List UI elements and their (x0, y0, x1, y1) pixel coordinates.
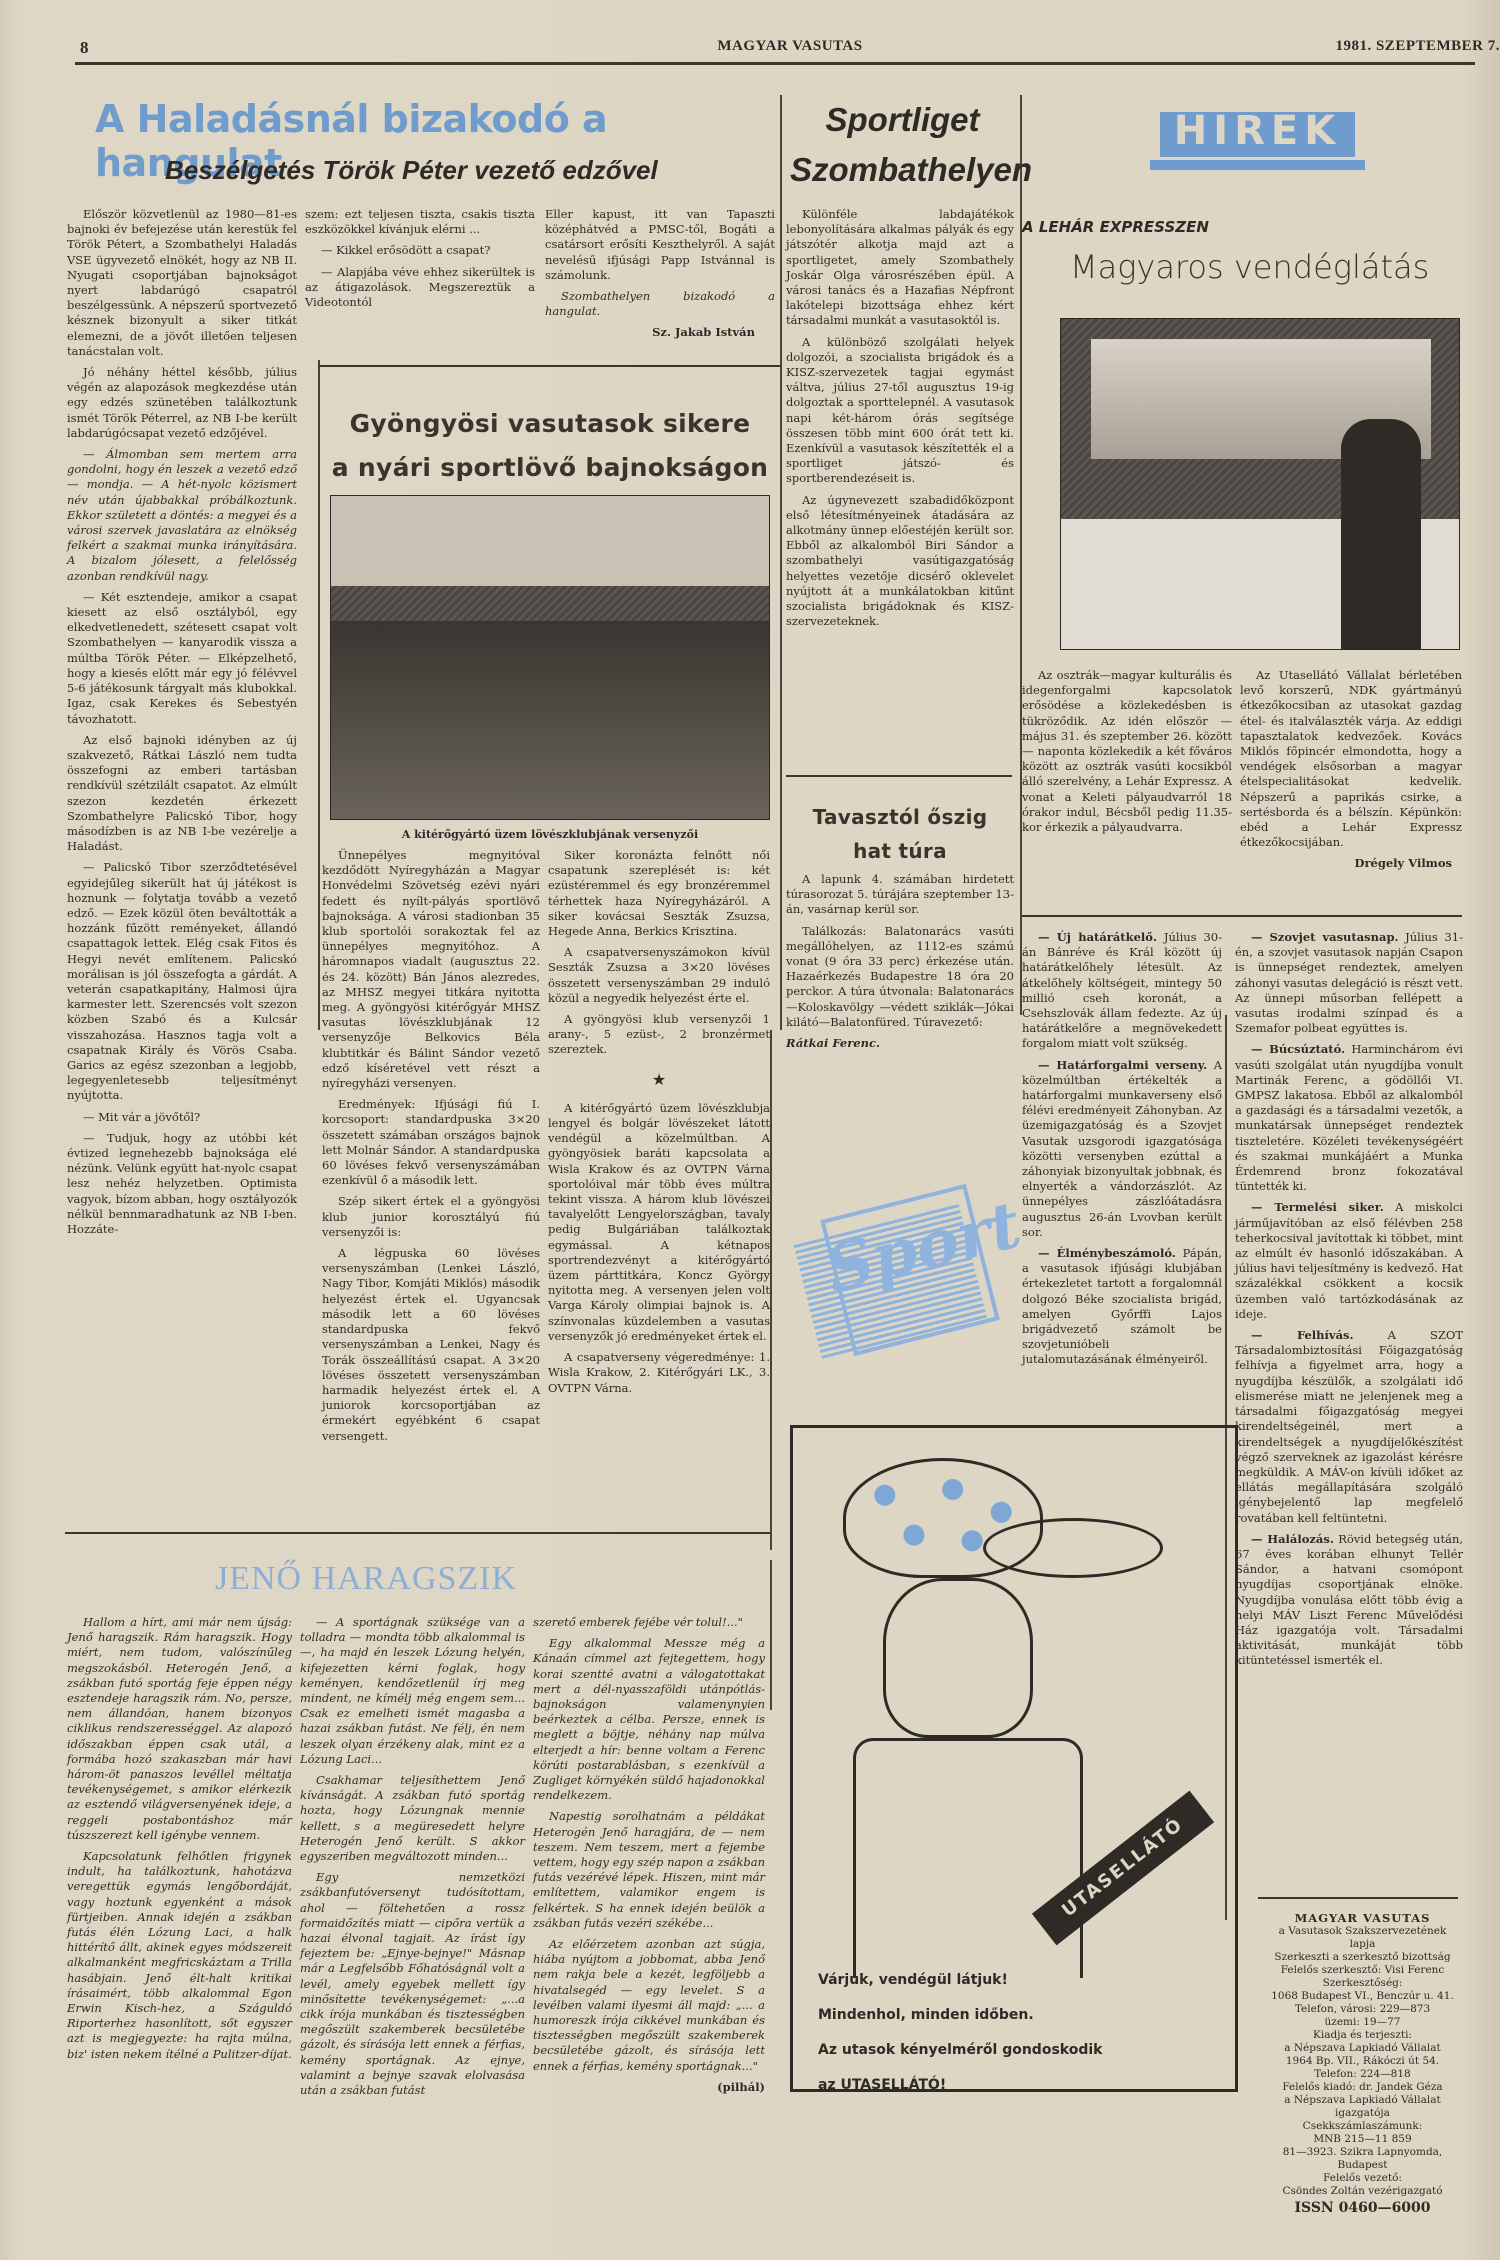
paragraph: Napestig sorolhatnám a példákat Heterogé… (533, 1809, 765, 1931)
imprint-line: Felelős vezető: (1225, 2172, 1500, 2185)
news-item: — Élménybeszámoló. Pápán, a vasutasok if… (1022, 1246, 1222, 1368)
paragraph: — Álmomban sem mertem arra gondolni, hog… (67, 447, 297, 584)
publication-title: MAGYAR VASUTAS (80, 38, 1500, 55)
paragraph: Az úgynevezett szabadidőközpont első lét… (786, 493, 1014, 630)
news-list-left: — Új határátkelő. Július 30-án Bánréve é… (1022, 930, 1222, 1374)
paragraph: Hallom a hírt, ami már nem újság: Jenő h… (67, 1615, 292, 1843)
article-column: Hallom a hírt, ami már nem újság: Jenő h… (67, 1615, 292, 2068)
shooting-team-photo (330, 495, 770, 820)
news-item: — Határforgalmi verseny. A közelmúltban … (1022, 1058, 1222, 1240)
hirek-logo: HÍREK (1150, 100, 1365, 170)
headline-line: Gyöngyösi vasutasok sikere (330, 402, 770, 446)
article-subheadline: Beszélgetés Török Péter vezető edzővel (165, 155, 765, 186)
ad-line: az UTASELLÁTÓ! (818, 2068, 1102, 2103)
paragraph: Szép sikert értek el a gyöngyösi klub ju… (322, 1194, 540, 1240)
newspaper-page: 8 MAGYAR VASUTAS 1981. SZEPTEMBER 7. A H… (0, 0, 1500, 2260)
issue-date: 1981. SZEPTEMBER 7. (1335, 38, 1500, 55)
paragraph: A csapatverseny végeredménye: 1. Wisla K… (548, 1350, 770, 1396)
imprint-title: MAGYAR VASUTAS (1225, 1912, 1500, 1925)
article-column: — A sportágnak szüksége van a tolladra —… (300, 1615, 525, 2104)
paragraph: Először közvetlenül az 1980—81-es bajnok… (67, 207, 297, 359)
imprint-line: Telefon, városi: 229—873 (1225, 2003, 1500, 2016)
paragraph: Egy alkalommal Messze még a Kánaán címme… (533, 1636, 765, 1803)
imprint: MAGYAR VASUTAS a Vasutasok Szakszervezet… (1225, 1912, 1500, 2215)
paragraph: — Alapjába véve ehhez sikerültek is az á… (305, 265, 535, 311)
imprint-line: Szerkesztőség: (1225, 1977, 1500, 1990)
paragraph: A kitérőgyártó üzem lövészklubja lengyel… (548, 1101, 770, 1344)
article-byline: (pilhál) (533, 2080, 765, 2095)
article-column: Először közvetlenül az 1980—81-es bajnok… (67, 207, 297, 1243)
imprint-line: üzemi: 19—77 (1225, 2016, 1500, 2029)
paragraph: Szombathelyen bizakodó a hangulat. (545, 289, 775, 319)
paragraph: — Tudjuk, hogy az utóbbi két évtized leg… (67, 1131, 297, 1237)
news-item: — Felhívás. A SZOT Társadalombiztosítási… (1235, 1328, 1463, 1526)
imprint-line: 1964 Bp. VII., Rákóczi út 54. (1225, 2055, 1500, 2068)
paragraph: — A sportágnak szüksége van a tolladra —… (300, 1615, 525, 1767)
article-column: Különféle labdajátékok lebonyolítására a… (786, 207, 1014, 635)
ad-line: Az utasok kényelméről gondoskodik (818, 2033, 1102, 2068)
imprint-line: Budapest (1225, 2159, 1500, 2172)
headline-line: hat túra (786, 834, 1014, 868)
paragraph: A légpuska 60 lövéses versenyszámban (Le… (322, 1246, 540, 1444)
paragraph: Az Utasellátó Vállalat bérletében levő k… (1240, 668, 1462, 850)
headline-line: Tavasztól őszig (786, 800, 1014, 834)
article-byline: Rátkai Ferenc. (786, 1036, 1014, 1051)
star-separator: ★ (548, 1072, 770, 1087)
article-column: szerető emberek fejébe vér tolul!..." Eg… (533, 1615, 765, 2095)
paragraph: A különböző szolgálati helyek dolgozói, … (786, 335, 1014, 487)
paragraph: Jó néhány héttel később, július végén az… (67, 365, 297, 441)
imprint-line: igazgatója (1225, 2107, 1500, 2120)
article-headline: Sportliget Szombathelyen (790, 95, 1015, 195)
news-item: — Búcsúztató. Harminchárom évi vasúti sz… (1235, 1042, 1463, 1194)
imprint-line: a Népszava Lapkiadó Vállalat (1225, 2094, 1500, 2107)
paragraph: Az osztrák—magyar kulturális és idegenfo… (1022, 668, 1232, 835)
ad-line: Mindenhol, minden időben. (818, 1998, 1102, 2033)
paragraph: Az előérzetem azonban azt súgja, hiába n… (533, 1937, 765, 2074)
news-item-title: — Élménybeszámoló. (1038, 1246, 1176, 1260)
news-item-body: Július 31-én, a szovjet vasutasok napján… (1235, 930, 1463, 1035)
paragraph: — Mit vár a jövőtől? (67, 1110, 297, 1125)
logo-base (1150, 160, 1365, 170)
imprint-line: Szerkeszti a szerkesztő bizottság (1225, 1951, 1500, 1964)
article-byline: Drégely Vilmos (1240, 856, 1462, 871)
article-headline: Tavasztól őszig hat túra (786, 800, 1014, 868)
hirek-column: Az osztrák—magyar kulturális és idegenfo… (1022, 668, 1232, 841)
paragraph: szerető emberek fejébe vér tolul!..." (533, 1615, 765, 1630)
masthead-rule (75, 62, 1475, 65)
news-item-body: A közelmúltban értékelték a határforgalm… (1022, 1058, 1222, 1239)
article-column: A lapunk 4. számában hirdetett túrasoroz… (786, 872, 1014, 1051)
news-item: — Halálozás. Rövid betegség után, 67 éve… (1235, 1532, 1463, 1669)
paragraph: Egy nemzetközi zsákbanfutóversenyt tudós… (300, 1870, 525, 2098)
paragraph: Eller kapust, itt van Tapaszti középhátv… (545, 207, 775, 283)
article-column: Ünnepélyes megnyitóval kezdődött Nyíregy… (322, 848, 540, 1450)
imprint-line: 81—3923. Szikra Lapnyomda, (1225, 2146, 1500, 2159)
paragraph: Siker koronázta felnőtt női csapatunk sz… (548, 848, 770, 939)
ad-line: Várjuk, vendégül látjuk! (818, 1963, 1102, 1998)
news-item-title: — Határforgalmi verseny. (1038, 1058, 1207, 1072)
imprint-line: Felelős szerkesztő: Visi Ferenc (1225, 1964, 1500, 1977)
serving-tray-icon (983, 1518, 1163, 1578)
imprint-line: Kiadja és terjeszti: (1225, 2029, 1500, 2042)
headline-line: Szombathelyen (790, 145, 1015, 195)
news-item-title: — Termelési siker. (1251, 1200, 1384, 1214)
imprint-line: 1068 Budapest VI., Benczúr u. 41. (1225, 1990, 1500, 2003)
imprint-line: a Vasutasok Szakszervezetének (1225, 1925, 1500, 1938)
paragraph: Csakhamar teljesíthettem Jenő kívánságát… (300, 1773, 525, 1864)
column-divider (770, 1560, 772, 1710)
paragraph: Kapcsolatunk felhőtlen frigynek indult, … (67, 1849, 292, 2062)
news-item-body: A miskolci járműjavítóban az első félévb… (1235, 1200, 1463, 1320)
section-rule (65, 1532, 770, 1534)
photo-caption: A kitérőgyártó üzem lövészklubjának vers… (320, 828, 780, 841)
imprint-line: Telefon: 224—818 (1225, 2068, 1500, 2081)
photo-sky (331, 496, 769, 586)
paragraph: — Kikkel erősödött a csapat? (305, 243, 535, 258)
article-column: szem: ezt teljesen tiszta, csakis tiszta… (305, 207, 535, 316)
imprint-line: Felelős kiadó: dr. Jandek Géza (1225, 2081, 1500, 2094)
news-item-body: Pápán, a vasutasok ifjúsági klubjában ér… (1022, 1246, 1222, 1366)
imprint-line: lapja (1225, 1938, 1500, 1951)
news-item: — Szovjet vasutasnap. Július 31-én, a sz… (1235, 930, 1463, 1036)
sport-logo: Sport (795, 1160, 1015, 1390)
news-item-title: — Új határátkelő. (1038, 930, 1157, 944)
article-headline: Gyöngyösi vasutasok sikere a nyári sport… (330, 402, 770, 490)
news-item-body: Július 30-án Bánréve és Král között új h… (1022, 930, 1222, 1050)
chef-face-icon (883, 1578, 1033, 1738)
paragraph: A gyöngyösi klub versenyzői 1 arany-, 5 … (548, 1012, 770, 1058)
ad-slogan: Várjuk, vendégül látjuk! Mindenhol, mind… (818, 1963, 1102, 2103)
news-item-body: Rövid betegség után, 67 éves korában elh… (1235, 1532, 1463, 1668)
imprint-line: Csöndes Zoltán vezérigazgató (1225, 2185, 1500, 2198)
dining-car-photo (1060, 318, 1460, 650)
headline-line: Sportliget (790, 95, 1015, 145)
column-divider (318, 360, 320, 1030)
hirek-headline: Magyaros vendéglátás (1070, 248, 1429, 286)
paragraph: Eredmények: Ifjúsági fiú I. korcsoport: … (322, 1097, 540, 1188)
paragraph: — Palicskó Tibor szerződtetésével egyide… (67, 860, 297, 1103)
article-column: Siker koronázta felnőtt női csapatunk sz… (548, 848, 770, 1402)
imprint-line: Csekkszámlaszámunk: (1225, 2120, 1500, 2133)
imprint-line: MNB 215—11 859 (1225, 2133, 1500, 2146)
column-divider (770, 1030, 772, 1550)
article-byline: Sz. Jakab István (545, 325, 775, 340)
paragraph: — Két esztendeje, amikor a csapat kieset… (67, 590, 297, 727)
article-headline: JENŐ HARAGSZIK (215, 1560, 517, 1598)
news-item-title: — Búcsúztató. (1251, 1042, 1345, 1056)
utasellato-advertisement: UTASELLÁTÓ Várjuk, vendégül látjuk! Mind… (790, 1425, 1238, 2092)
imprint-rule (1258, 1897, 1458, 1899)
chef-body-icon (853, 1738, 1083, 1978)
news-list-right: — Szovjet vasutasnap. Július 31-én, a sz… (1235, 930, 1463, 1675)
paragraph: Találkozás: Balatonarács vasúti megállóh… (786, 924, 1014, 1030)
imprint-line: a Népszava Lapkiadó Vállalat (1225, 2042, 1500, 2055)
section-rule (1022, 915, 1462, 917)
column-divider (780, 95, 782, 1030)
news-item-title: — Halálozás. (1251, 1532, 1334, 1546)
section-rule (318, 365, 780, 367)
paragraph: szem: ezt teljesen tiszta, csakis tiszta… (305, 207, 535, 237)
news-item: — Új határátkelő. Július 30-án Bánréve é… (1022, 930, 1222, 1052)
headline-line: a nyári sportlövő bajnokságon (330, 446, 770, 490)
issn: ISSN 0460—6000 (1225, 2202, 1500, 2215)
news-item-body: Harminchárom évi vasúti szolgálat után n… (1235, 1042, 1463, 1193)
paragraph: Különféle labdajátékok lebonyolítására a… (786, 207, 1014, 329)
news-item-title: — Szovjet vasutasnap. (1251, 930, 1399, 944)
paragraph: Az első bajnoki idényben az új szakvezet… (67, 733, 297, 855)
photo-crowd (331, 621, 769, 820)
section-rule (786, 775, 1012, 777)
news-item-title: — Felhívás. (1251, 1328, 1354, 1342)
paragraph: Ünnepélyes megnyitóval kezdődött Nyíregy… (322, 848, 540, 1091)
article-column: Eller kapust, itt van Tapaszti középhátv… (545, 207, 775, 341)
news-item-body: A SZOT Társadalombiztosítási Főigazgatós… (1235, 1328, 1463, 1524)
paragraph: A lapunk 4. számában hirdetett túrasoroz… (786, 872, 1014, 918)
hirek-kicker: A LEHÁR EXPRESSZEN (1022, 218, 1209, 236)
paragraph: A csapatversenyszámokon kívül Seszták Zs… (548, 945, 770, 1006)
hirek-logo-text: HÍREK (1160, 108, 1355, 154)
masthead: 8 MAGYAR VASUTAS 1981. SZEPTEMBER 7. (80, 38, 1500, 62)
photo-waiter (1341, 419, 1421, 649)
news-item: — Termelési siker. A miskolci járműjavít… (1235, 1200, 1463, 1322)
hirek-column: Az Utasellátó Vállalat bérletében levő k… (1240, 668, 1462, 872)
